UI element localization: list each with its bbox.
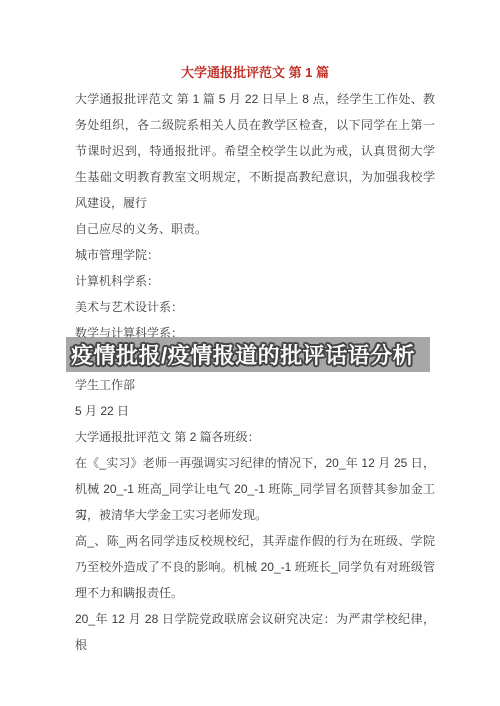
doc-line: 大学通报批评范文 第 2 篇各班级：	[75, 424, 435, 450]
doc-line: 机械 20_-1 班高_同学让电气 20_-1 班陈_同学冒名顶替其参加金工实	[75, 476, 435, 502]
doc-line: 高_、陈_两名同学违反校规校纪，其弄虚作假的行为在班级、学院	[75, 528, 435, 554]
doc-line: 5 月 22 日	[75, 398, 435, 424]
doc-line: 理不力和瞒报责任。	[75, 580, 435, 606]
doc-line: 生基础文明教育教室文明规定，不断提高教纪意识，为加强我校学	[75, 164, 435, 190]
document-page: 大学通报批评范文 第 1 篇 大学通报批评范文 第 1 篇 5 月 22 日早上…	[0, 0, 500, 706]
doc-line: 习，被清华大学金工实习老师发现。	[75, 502, 435, 528]
doc-line: 务处组织，各二级院系相关人员在教学区检查，以下同学在上第一	[75, 112, 435, 138]
doc-line: 20_年 12 月 28 日学院党政联席会议研究决定：为严肃学校纪律，根	[75, 606, 435, 632]
doc-line: 在《_实习》老师一再强调实习纪律的情况下，20_年 12 月 25 日，	[75, 450, 435, 476]
doc-line: 风建设，履行	[75, 190, 435, 216]
watermark-title: 疫情批报/疫情报道的批评话语分析	[71, 339, 415, 370]
doc-line: 乃至校外造成了不良的影响。机械 20_-1 班班长_同学负有对班级管	[75, 554, 435, 580]
doc-line: 大学通报批评范文 第 1 篇 5 月 22 日早上 8 点，经学生工作处、教	[75, 86, 435, 112]
doc-line: 节课时迟到，特通报批评。希望全校学生以此为戒，认真贯彻大学	[75, 138, 435, 164]
doc-line: 美术与艺术设计系：	[75, 294, 435, 320]
watermark-banner: 疫情批报/疫情报道的批评话语分析	[66, 337, 430, 372]
doc-line: 自己应尽的义务、职责。	[75, 216, 435, 242]
doc-line: 计算机科学系：	[75, 268, 435, 294]
doc-line: 城市管理学院：	[75, 242, 435, 268]
doc-line: 学生工作部	[75, 372, 435, 398]
doc-heading: 大学通报批评范文 第 1 篇	[75, 60, 435, 86]
